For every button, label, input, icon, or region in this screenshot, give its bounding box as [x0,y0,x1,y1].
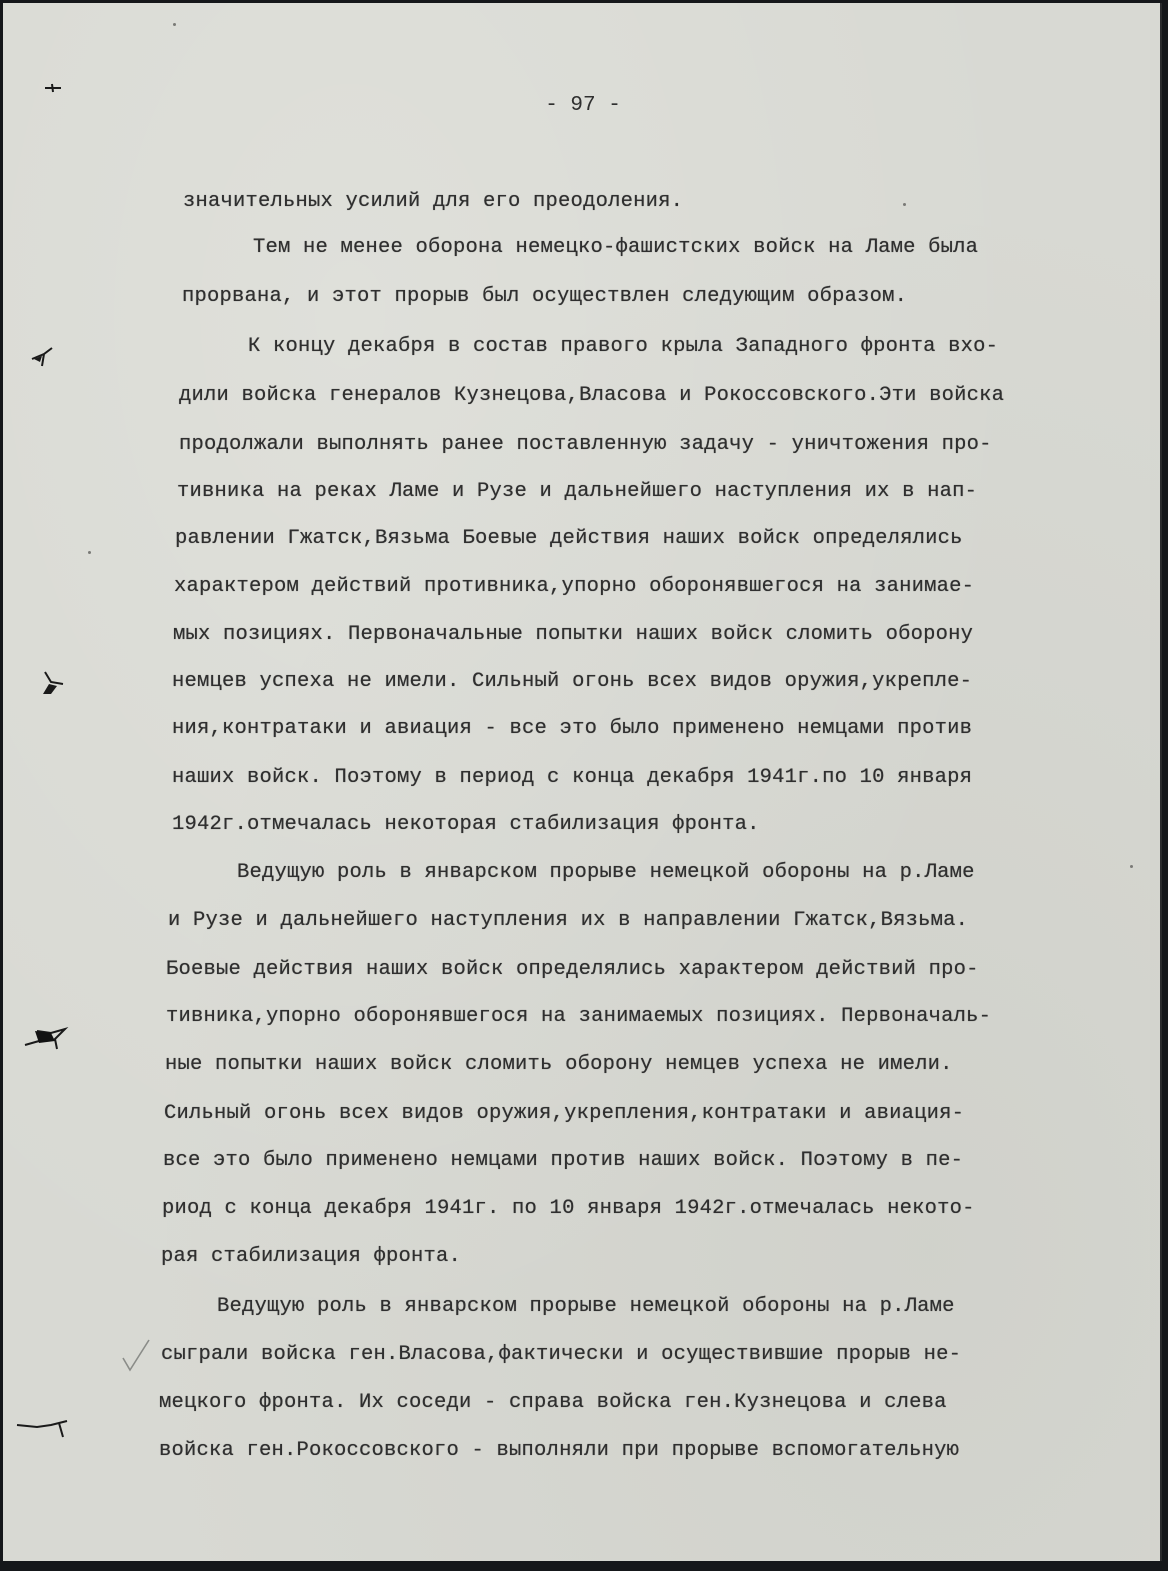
text-line: К концу декабря в состав правого крыла З… [248,335,998,358]
text-line: ные попытки наших войск сломить оборону … [165,1053,953,1076]
text-line: рая стабилизация фронта. [161,1245,461,1268]
text-line: Тем не менее оборона немецко-фашистских … [253,236,978,259]
text-line: тивника,упорно оборонявшегося на занимае… [166,1005,991,1028]
text-line: тивника на реках Ламе и Рузе и дальнейше… [177,480,977,503]
punch-hole-icon [28,346,56,372]
text-line: и Рузе и дальнейшего наступления их в на… [168,909,968,932]
text-line: дили войска генералов Кузнецова,Власова … [179,384,1004,407]
text-line: риод с конца декабря 1941г. по 10 января… [162,1197,975,1220]
text-line: Боевые действия наших войск определялись… [166,958,979,981]
paper-speck [88,551,91,554]
text-line: Ведущую роль в январском прорыве немецко… [237,861,975,884]
text-line: немцев успеха не имели. Сильный огонь вс… [172,670,972,693]
document-page: - 97 - значительных усилий для его преод… [3,3,1162,1561]
text-line: мецкого фронта. Их соседи - справа войск… [159,1391,947,1414]
text-line: сыграли войска ген.Власова,фактически и … [161,1343,961,1366]
text-line: продолжали выполнять ранее поставленную … [179,433,992,456]
text-line: равлении Гжатск,Вязьма Боевые действия н… [175,527,963,550]
text-line: наших войск. Поэтому в период с конца де… [172,766,972,789]
punch-hole-icon [19,1025,69,1055]
text-line: Ведущую роль в январском прорыве немецко… [217,1295,955,1318]
checkmark-icon [121,1338,151,1374]
text-line: характером действий противника,упорно об… [174,575,974,598]
paper-speck [173,23,176,26]
punch-hole-icon [11,1413,71,1443]
text-line: мых позициях. Первоначальные попытки наш… [173,623,973,646]
text-line: 1942г.отмечалась некоторая стабилизация … [172,813,760,836]
punch-hole-icon [43,81,63,95]
text-line: значительных усилий для его преодоления. [183,190,683,213]
text-line: ния,контратаки и авиация - все это было … [172,717,972,740]
page-number: - 97 - [3,94,1163,117]
text-line: все это было применено немцами против на… [163,1149,963,1172]
punch-hole-icon [37,668,67,698]
text-line: Сильный огонь всех видов оружия,укреплен… [164,1102,964,1125]
paper-speck [1130,865,1133,868]
text-line: войска ген.Рокоссовского - выполняли при… [159,1439,959,1462]
paper-speck [903,203,906,206]
text-line: прорвана, и этот прорыв был осуществлен … [182,285,907,308]
